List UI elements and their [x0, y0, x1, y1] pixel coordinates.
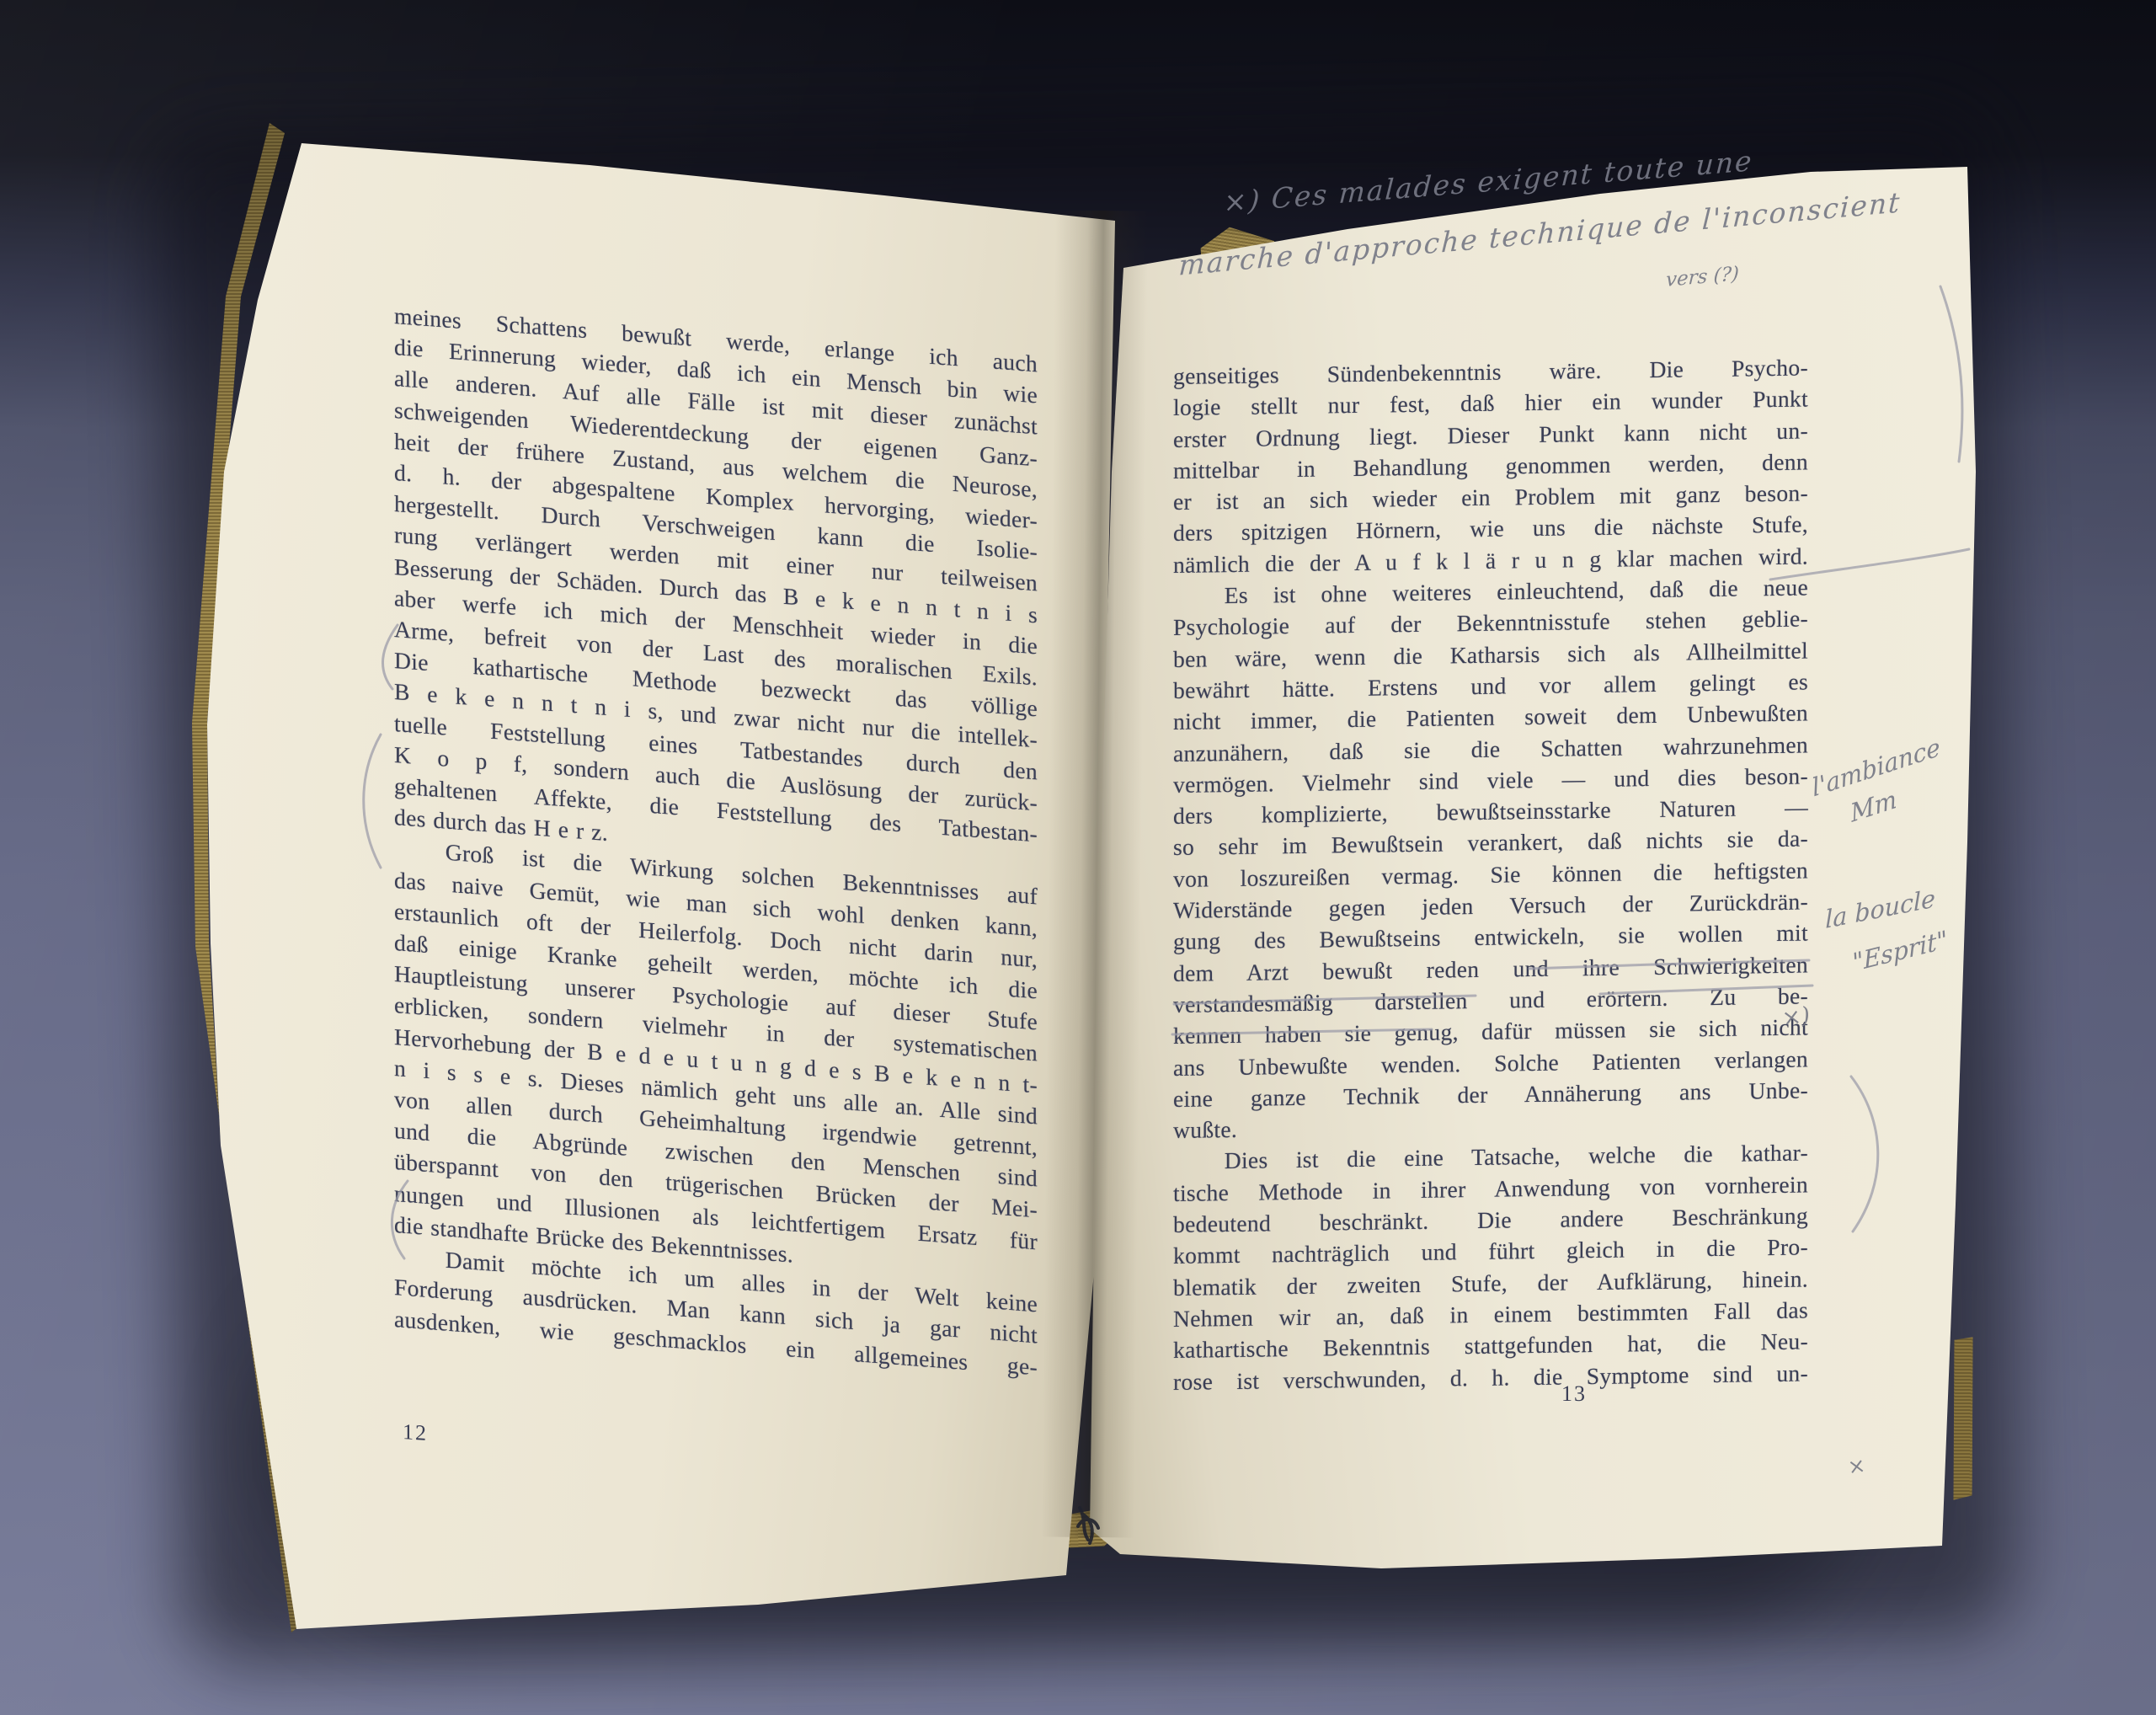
pencil-underline-dem-arzt: [1174, 996, 1476, 1004]
pencil-marks-overlay: [0, 0, 2156, 1715]
pencil-underline-verstandesmaessig: [1172, 1029, 1432, 1034]
pencil-arc-left-margin-1: [383, 625, 398, 689]
pencil-paren-right-margin: [1851, 1077, 1878, 1231]
pencil-underline-sie-wollen-mit: [1529, 960, 1809, 969]
pencil-arc-left-margin-2: [364, 735, 381, 868]
pencil-arc-left-margin-3: [392, 1181, 408, 1258]
pencil-underline-aufklaerung: [1770, 549, 1969, 580]
binding-threads: [1078, 1508, 1098, 1543]
pencil-underline-schwierigkeiten: [1600, 986, 1812, 994]
photo-background: meines Schattens bewußt werde, erlange i…: [0, 0, 2156, 1715]
pencil-arc-right-margin-top: [1940, 286, 1962, 462]
